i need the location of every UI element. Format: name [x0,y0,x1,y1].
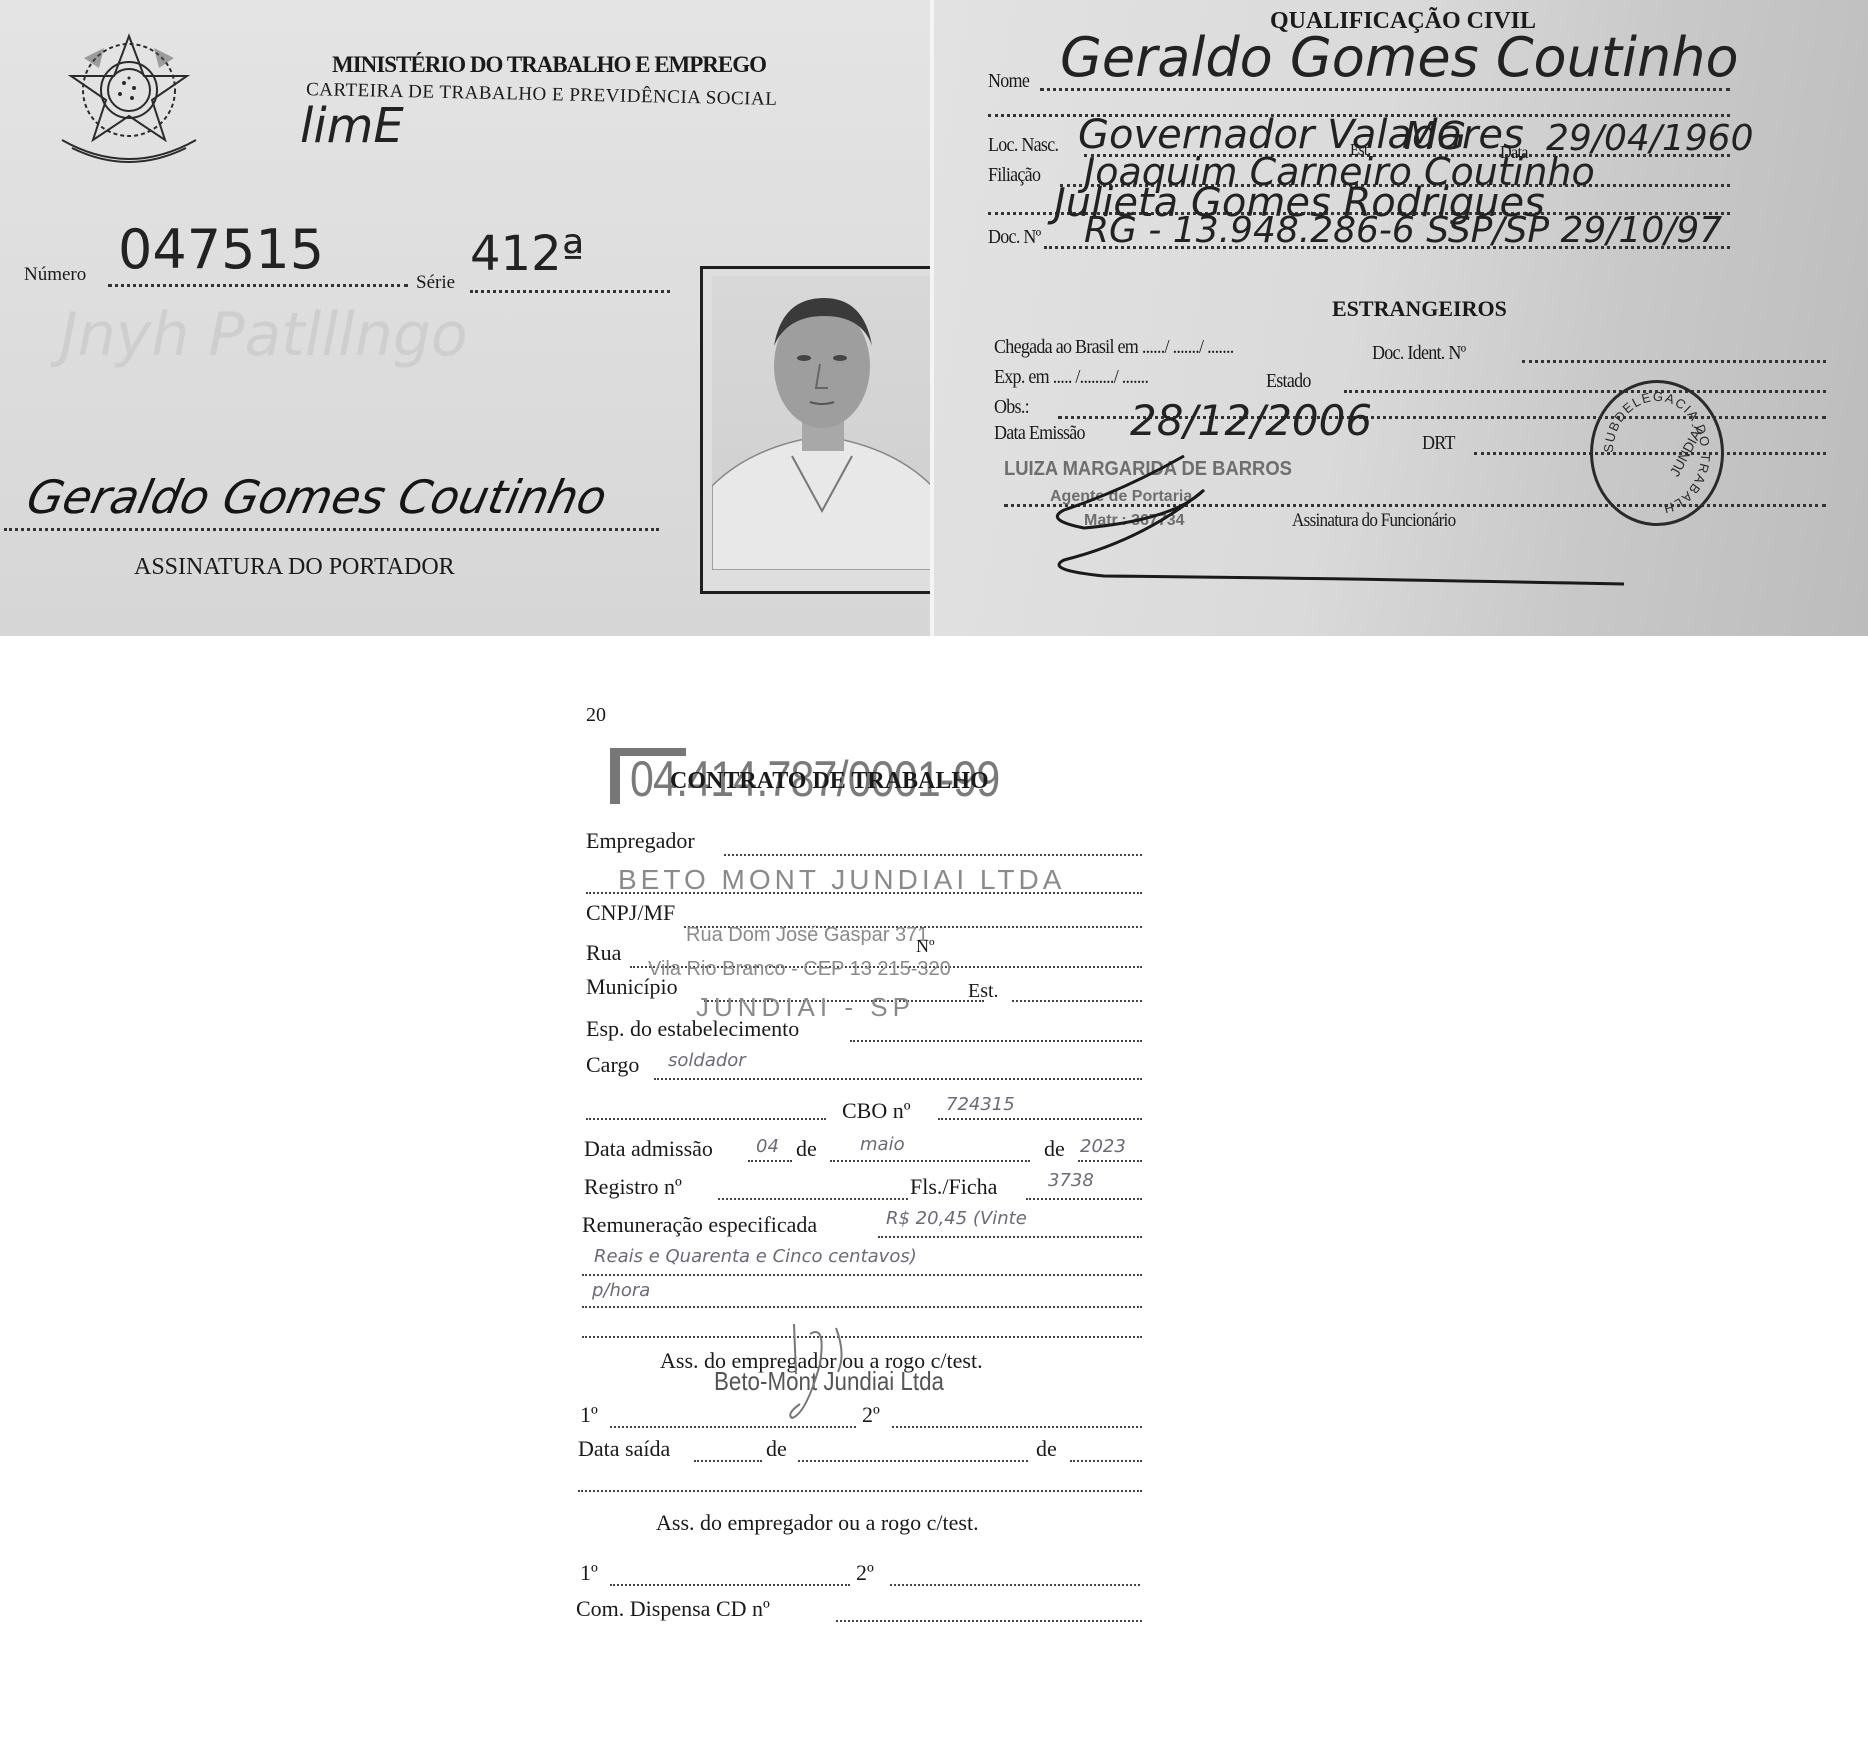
stamp-bracket [610,748,620,804]
registro-line [718,1198,908,1200]
data-emissao-label: Data Emissão [994,422,1085,445]
cargo-line [654,1078,1142,1080]
exp-label: Exp. em ..... /........./ ....... [994,366,1148,389]
ass-empregador-label-2: Ass. do empregador ou a rogo c/test. [656,1510,979,1536]
remuneracao-line-2 [582,1274,1142,1276]
employer-handwritten-signature [766,1314,876,1424]
test2-label-2: 2º [856,1560,874,1586]
esp-estabelecimento-label: Esp. do estabelecimento [586,1016,799,1042]
cbo-line-left [586,1118,826,1120]
rua-stamp: Rua Dom José Gaspar 371 [686,924,928,947]
remuneracao-line2: Reais e Quarenta e Cinco centavos) [594,1246,917,1267]
page-number: 20 [586,704,606,727]
holder-signature: Geraldo Gomes Coutinho [22,470,611,524]
cnpj-label: CNPJ/MF [586,900,675,926]
cargo-value: soldador [668,1050,746,1071]
admissao-day: 04 [756,1136,779,1157]
registro-label: Registro nº [584,1174,682,1200]
nome-label: Nome [988,70,1029,93]
test2-line-2 [890,1584,1140,1586]
cargo-label: Cargo [586,1052,639,1078]
dispensa-line [836,1620,1142,1622]
est-line [1012,1000,1142,1002]
bleed-through-text: Jnyh Patlllngo [60,300,468,370]
signature-line [4,528,659,531]
test2-label-1: 2º [862,1402,880,1428]
test1-line-1 [610,1426,856,1428]
serie-value: 412ª [470,226,584,282]
admissao-de-label: de [796,1136,817,1162]
ficha-line [1026,1198,1142,1200]
saida-de-label-2: de [1036,1436,1057,1462]
saida-month-line [798,1460,1028,1462]
subdelegacia-seal-icon: SUBDELEGACIA DO TRABALHO JUNDIAÍ [1590,380,1724,526]
admissao-year-line [1078,1160,1142,1162]
doc-ident-label: Doc. Ident. Nº [1372,342,1465,365]
empregador-stamp: BETO MONT JUNDIAI LTDA [618,864,1065,896]
ctps-identification-page: Jnyh Patlllngo MINISTÉRIO DO TRABALHO E … [0,0,930,636]
obs-label: Obs.: [994,396,1029,419]
saida-line-2 [578,1490,1142,1492]
contrato-de-trabalho-page: 20 04.414.787/0001-99 CONTRATO DE TRABAL… [560,690,1160,1670]
test1-line-2 [610,1584,850,1586]
estado-label: Estado [1266,370,1311,393]
remuneracao-line-3 [582,1306,1142,1308]
contract-title: CONTRATO DE TRABALHO [670,768,989,795]
saida-de-label: de [766,1436,787,1462]
municipio-label: Município [586,974,678,1000]
numero-label: Número [24,264,86,286]
nome-value: Geraldo Gomes Coutinho [1060,26,1738,89]
admissao-de-label-2: de [1044,1136,1065,1162]
ficha-label: Fls./Ficha [910,1174,997,1200]
doc-label: Doc. Nº [988,226,1041,249]
cbo-label: CBO nº [842,1098,911,1124]
handwritten-initials: limE [300,98,404,154]
remuneracao-line3: p/hora [592,1280,650,1301]
filiacao-label: Filiação [988,164,1040,187]
empregador-line [724,854,1142,856]
brazil-coat-of-arms-icon [44,28,214,168]
doc-value: RG - 13.948.286-6 SSP/SP 29/10/97 [1084,210,1722,251]
ministry-title: MINISTÉRIO DO TRABALHO E EMPREGO [332,52,766,78]
data-emissao-value: 28/12/2006 [1130,396,1372,445]
esp-line [850,1040,1142,1042]
estado-line [1344,390,1826,393]
cbo-value: 724315 [946,1094,1015,1115]
test2-line-1 [892,1426,1142,1428]
official-signature [1024,450,1664,590]
admissao-month: maio [860,1134,905,1155]
admissao-month-line [830,1160,1030,1162]
remuneracao-line1: R$ 20,45 (Vinte [886,1208,1027,1229]
cbo-line [938,1118,1142,1120]
serie-line [470,290,670,293]
test1-label-1: 1º [580,1402,598,1428]
serie-label: Série [416,272,455,294]
rua-numero-label: Nº [916,936,935,957]
remuneracao-line [878,1236,1142,1238]
admissao-year: 2023 [1080,1136,1126,1157]
signature-caption: ASSINATURA DO PORTADOR [134,554,455,581]
remuneracao-label: Remuneração especificada [582,1212,817,1238]
bairro-cep-stamp: Vila Rio Branco - CEP 13 215-320 [648,958,951,981]
rua-label: Rua [586,940,621,966]
loc-nasc-label: Loc. Nasc. [988,134,1058,157]
admissao-label: Data admissão [584,1136,713,1162]
saida-year-line [1070,1460,1142,1462]
chegada-label: Chegada ao Brasil em ....../ ......./ ..… [994,336,1234,359]
est-label: Est. [968,980,999,1003]
portrait-photo [712,276,930,570]
estrangeiros-title: ESTRANGEIROS [1332,296,1507,322]
ficha-value: 3738 [1048,1170,1094,1191]
numero-line [108,284,408,287]
numero-value: 047515 [118,218,324,281]
admissao-day-line [748,1160,792,1162]
empregador-label: Empregador [586,828,695,854]
dispensa-label: Com. Dispensa CD nº [576,1596,770,1622]
qualificacao-civil-page: QUALIFICAÇÃO CIVIL Nome Geraldo Gomes Co… [934,0,1868,636]
test1-label-2: 1º [580,1560,598,1586]
saida-label: Data saída [578,1436,670,1462]
saida-day-line [694,1460,762,1462]
doc-ident-line [1522,360,1826,363]
